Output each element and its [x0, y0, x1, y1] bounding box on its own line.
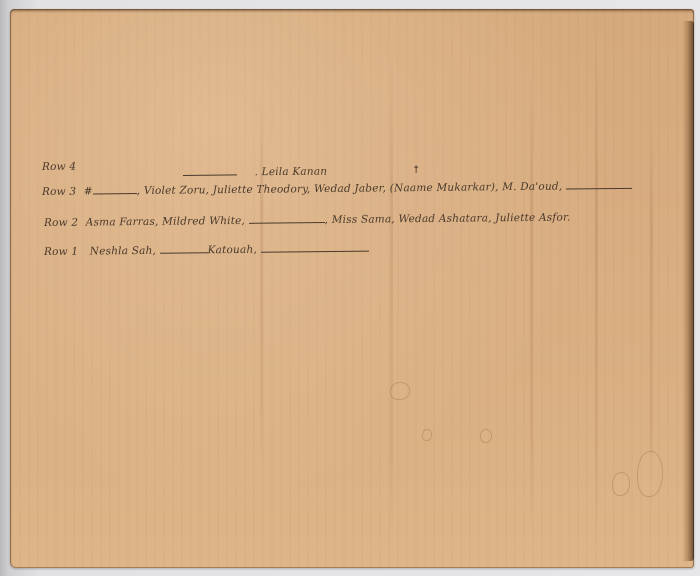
blank-line	[93, 185, 137, 194]
water-stain	[390, 382, 410, 400]
blank-line	[566, 180, 632, 190]
blank-line	[160, 244, 208, 254]
blank-line	[249, 214, 325, 224]
row-label: Row 3	[42, 186, 76, 198]
row-4-line: Row 4	[42, 161, 76, 173]
row-4-names: . Leila Kanan	[183, 165, 327, 179]
water-stain	[480, 429, 492, 443]
row-1-line: Row 1 Neshla Sah, Katouah,	[44, 243, 369, 258]
row-label: Row 4	[42, 161, 76, 173]
row-mark: #	[84, 185, 93, 197]
row-label: Row 1	[44, 246, 78, 258]
row-2-names-b: , Miss Sama, Wedad Ashatara, Juliette As…	[325, 211, 571, 226]
row-4-name: . Leila Kanan	[254, 165, 327, 178]
water-streak	[650, 109, 653, 509]
water-streak	[390, 49, 393, 549]
row-label: Row 2	[44, 217, 78, 229]
water-streak	[595, 29, 598, 549]
row-1-names-b: Katouah,	[208, 244, 257, 257]
row-2-line: Row 2 Asma Farras, Mildred White, , Miss…	[44, 211, 571, 229]
water-stain	[637, 451, 663, 497]
row-3-names: , Violet Zoru, Juliette Theodory, Wedad …	[137, 181, 563, 197]
row-3-line: Row 3 #, Violet Zoru, Juliette Theodory,…	[42, 180, 632, 198]
insert-arrow-icon: ↑	[412, 165, 420, 176]
water-streak	[530, 69, 533, 539]
blank-line	[260, 243, 368, 253]
water-streak	[260, 89, 263, 469]
blank-line	[183, 166, 237, 176]
row-1-names-a: Neshla Sah,	[90, 245, 156, 258]
water-stain	[612, 472, 630, 496]
photo-scene: Row 4 . Leila Kanan ↑ Row 3 #, Violet Zo…	[0, 0, 700, 576]
board-edge	[682, 21, 694, 561]
cardboard-sheet: Row 4 . Leila Kanan ↑ Row 3 #, Violet Zo…	[10, 9, 694, 568]
row-2-names-a: Asma Farras, Mildred White,	[86, 215, 245, 229]
water-stain	[422, 429, 432, 441]
